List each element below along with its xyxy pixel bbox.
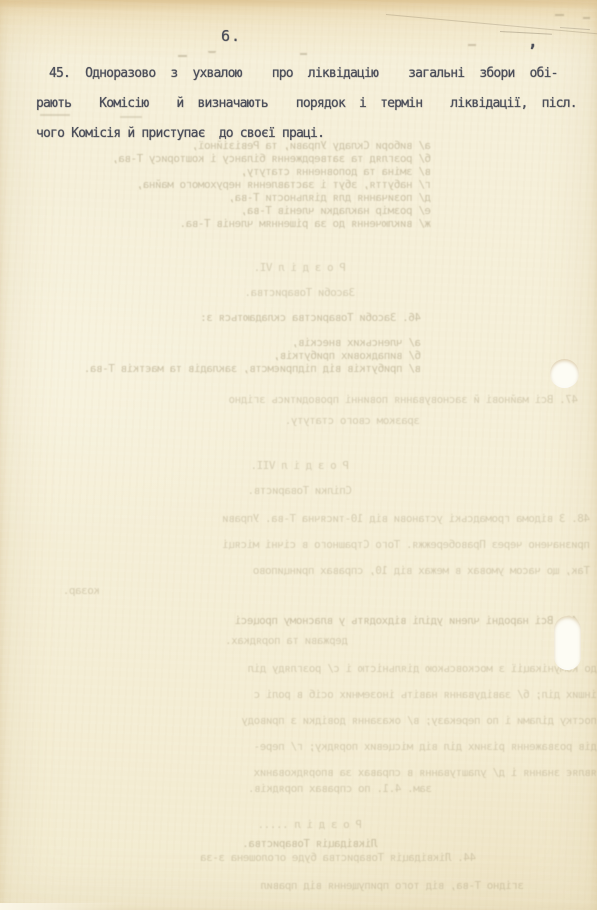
scratch-mark [500,31,552,35]
ink-smudge [40,114,70,116]
scan-edge [0,903,120,910]
top-right-mark: , [528,32,538,51]
bleedthrough-text: зам. 4.1. по справах порядків. [200,782,432,795]
bleedthrough-text: козар. [38,584,100,597]
bleedthrough-text: Ліквідація Товариства. [208,837,412,850]
bleedthrough-text: держави та порядках. [170,634,348,647]
bleedthrough-text: до комунікації з московською діяльністю … [25,656,597,786]
bleedthrough-text: Р о з д і л VІІ. [190,459,410,472]
ink-smudge [555,14,564,16]
bleedthrough-text: зразком свого статуту. [220,414,420,427]
bleedthrough-text: 48. З відома громадські установи від 10-… [30,506,590,584]
ink-smudge [120,116,142,118]
ink-smudge [468,44,476,46]
bleedthrough-text: Спілки Товариств. [190,484,410,497]
bleedthrough-text: 47. Всі майнові й засновування повинні п… [38,386,578,414]
bleedthrough-text: а/ членських внесків, б/ випадкових приб… [65,336,421,375]
bleedthrough-text: 44. Ліквідація Товариства буде оголошена… [140,851,476,864]
document-page: 6. , 45. Одноразово з ухвалою про ліквід… [0,0,597,910]
paragraph-line: 45. Одноразово з ухвалою про ліквідацію … [36,59,576,89]
crease-mark [386,14,597,34]
bleedthrough-text: а/ вибори Складу Управи, та Ревізійної, … [55,139,431,230]
page-number: 6. [221,27,241,45]
ink-smudge [300,53,307,55]
bleedthrough-text: Р о з д і л ..... [228,818,392,831]
bleedthrough-text: згідно Т-ва, від того припущення від пра… [100,879,524,892]
paragraph-line: рають Комісію й визначають порядок і тер… [36,89,576,119]
punch-hole [550,359,579,388]
bleedthrough-text: Засоби Товариства. [180,286,420,299]
ink-smudge [583,17,590,19]
ink-smudge [178,55,187,57]
bleedthrough-text: 49. Всі народні члени уділі відходять у … [30,608,578,634]
bleedthrough-text: 46. Засоби Товариства складаються з: [130,311,421,324]
punch-hole [554,616,581,670]
bleedthrough-text: Р о з д і л VІ. [180,261,420,274]
ink-smudge [208,51,216,53]
paragraph-45: 45. Одноразово з ухвалою про ліквідацію … [36,59,576,149]
